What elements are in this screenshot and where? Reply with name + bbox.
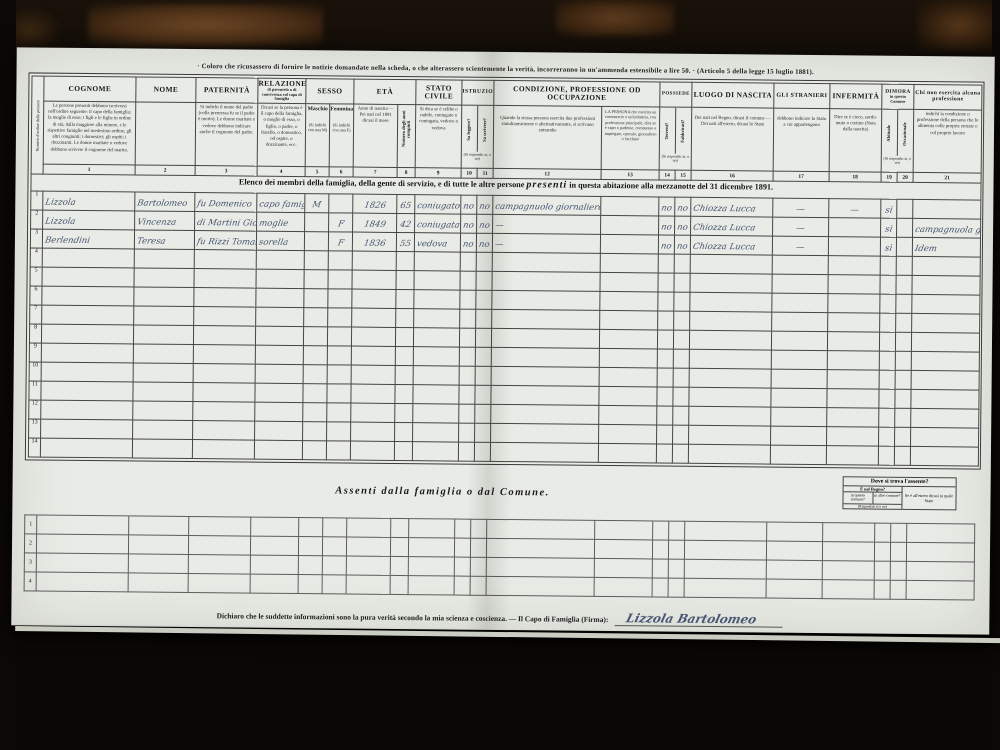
cell-nome <box>128 535 188 555</box>
cell-anno-nascita <box>351 346 395 365</box>
cell-cognome <box>37 515 129 535</box>
cell-anno-nascita <box>352 270 396 289</box>
cell-femmina <box>322 556 346 575</box>
cell-anno-nascita <box>352 251 396 270</box>
cell-stranieri <box>767 522 823 542</box>
cell-stato-civile <box>414 252 460 271</box>
colnum-19: 19 <box>881 172 897 182</box>
cell-nome: Vincenza <box>135 211 195 231</box>
cell-anno-nascita <box>351 403 395 422</box>
cell-professione <box>486 538 594 558</box>
cell-femmina <box>328 270 352 289</box>
absent-title: Assenti dalla famiglia o dal Comune. <box>25 482 861 501</box>
col-infermita: INFERMITÀ <box>830 84 882 109</box>
cell-stato-civile <box>414 271 460 290</box>
cell-dimora-abituale <box>879 427 895 446</box>
cell-possiede-fabbricati: no <box>675 216 691 235</box>
cell-possiede-fabbricati <box>669 521 685 540</box>
cell-stato-civile <box>413 385 459 404</box>
cell-dimora-occasionale <box>890 580 906 599</box>
cell-professione <box>491 366 599 386</box>
cell-la-persona <box>599 367 657 387</box>
colnum-4: 4 <box>257 166 305 176</box>
cell-cognome <box>42 305 134 325</box>
cell-maschio <box>303 327 327 346</box>
cell-row-number: 9 <box>29 343 41 362</box>
cell-dimora-occasionale <box>895 389 911 408</box>
cell-chi-non-esercita <box>912 313 980 333</box>
cell-professione: — <box>493 214 601 234</box>
cell-row-number: 2 <box>31 210 43 229</box>
cell-femmina <box>329 194 353 213</box>
cell-maschio <box>305 213 329 232</box>
cell-possiede-fabbricati <box>668 559 684 578</box>
cell-la-persona <box>600 234 658 254</box>
cell-luogo-nascita: Chiozza Lucca <box>690 235 772 255</box>
cell-dimora-occasionale <box>896 256 912 275</box>
cell-dimora-occasionale <box>897 199 913 218</box>
cell-stranieri <box>772 255 828 275</box>
cell-anni-compiuti <box>394 441 412 460</box>
cell-dimora-abituale <box>874 561 890 580</box>
cell-anno-nascita <box>346 537 390 556</box>
cell-professione <box>491 404 599 424</box>
cell-femmina <box>328 251 352 270</box>
cell-dimora-abituale <box>880 313 896 332</box>
cell-nome <box>133 344 193 364</box>
cell-la-persona <box>594 577 652 597</box>
cell-luogo-nascita: Chiozza Lucca <box>691 197 773 217</box>
cell-stato-civile <box>413 328 459 347</box>
cell-cognome: Berlendini <box>42 229 134 249</box>
cell-femmina <box>326 441 350 460</box>
cell-possiede-fabbricati: no <box>674 235 690 254</box>
cell-cognome <box>41 362 133 382</box>
declaration-text: Dichiaro che le suddette informazioni so… <box>217 611 609 624</box>
cell-nome <box>134 306 194 326</box>
cell-sa-scrivere <box>476 290 492 309</box>
cell-maschio <box>298 537 322 556</box>
cell-stranieri <box>772 293 828 313</box>
cell-chi-non-esercita <box>906 542 974 562</box>
cell-maschio <box>303 365 327 384</box>
cell-dimora-abituale <box>879 332 895 351</box>
cell-cognome <box>42 248 134 268</box>
cell-la-persona <box>599 329 657 349</box>
cell-infermita: — <box>829 199 881 218</box>
cell-sa-scrivere <box>475 328 491 347</box>
cell-chi-non-esercita <box>912 294 980 314</box>
cell-relazione <box>256 288 304 307</box>
cell-femmina <box>328 308 352 327</box>
census-table-frame: Numero d'ordine delle persone COGNOME NO… <box>25 72 985 469</box>
note-nome <box>135 102 196 166</box>
cell-possiede-fabbricati: no <box>675 197 691 216</box>
cell-anni-compiuti <box>395 384 413 403</box>
cell-professione <box>492 309 600 329</box>
cell-nome <box>128 554 188 574</box>
cell-maschio <box>298 575 322 594</box>
census-entries: 1 Lizzola Bartolomeo fu Domenico capo fa… <box>28 191 981 466</box>
cell-possiede-fabbricati <box>674 273 690 292</box>
cell-relazione <box>250 555 298 574</box>
cell-la-persona <box>599 386 657 406</box>
cell-anno-nascita <box>347 518 391 537</box>
cell-row-number: 13 <box>29 419 41 438</box>
cell-dimora-occasionale <box>891 523 907 542</box>
cell-stato-civile <box>413 366 459 385</box>
cell-anno-nascita <box>351 384 395 403</box>
cell-possiede-fabbricati <box>673 330 689 349</box>
cell-sa-scrivere <box>475 385 491 404</box>
cell-possiede-terreni <box>657 330 673 349</box>
cell-luogo-nascita <box>690 292 772 312</box>
cell-professione <box>491 423 599 443</box>
cell-anni-compiuti: 55 <box>396 232 414 251</box>
note-anno-nascita: Anno di nascita — Pei nati nel 1891 dica… <box>353 104 398 167</box>
note-istruzione: Sa leggere?Sa scrivere? (Si risponda: sì… <box>461 105 494 168</box>
cell-luogo-nascita <box>688 444 770 464</box>
cell-femmina <box>323 518 347 537</box>
cell-possiede-fabbricati <box>674 311 690 330</box>
colnum-5: 5 <box>305 167 329 177</box>
cell-relazione <box>256 307 304 326</box>
cell-anno-nascita <box>351 327 395 346</box>
cell-possiede-terreni <box>652 540 668 559</box>
note-anni-compiuti: Numero degli anni compiuti <box>397 104 416 167</box>
cell-possiede-fabbricati <box>673 368 689 387</box>
cell-nome <box>133 382 193 402</box>
cell-dimora-abituale <box>880 294 896 313</box>
cell-row-number: 11 <box>29 381 41 400</box>
cell-chi-non-esercita <box>911 427 979 447</box>
whereabouts-this-comune: in questo comune? <box>843 492 872 503</box>
cell-la-persona <box>601 215 659 235</box>
cell-femmina <box>327 327 351 346</box>
cell-maschio <box>299 518 323 537</box>
cell-row-number: 3 <box>24 553 36 572</box>
cell-infermita <box>829 218 881 237</box>
cell-stranieri <box>771 369 827 389</box>
col-chi-non-esercita: Chi non esercita alcuna professione <box>914 84 982 110</box>
cell-stato-civile <box>408 576 454 595</box>
cell-infermita <box>822 580 874 599</box>
cell-chi-non-esercita <box>910 446 978 466</box>
cell-sa-leggere <box>460 290 476 309</box>
cell-stato-civile <box>412 442 458 461</box>
wood-grain-patch <box>556 0 674 36</box>
cell-anni-compiuti <box>395 422 413 441</box>
cell-anno-nascita: 1849 <box>353 213 397 232</box>
cell-nome <box>132 439 192 459</box>
cell-possiede-fabbricati <box>673 406 689 425</box>
cell-infermita <box>828 313 880 332</box>
col-condizione: CONDIZIONE, PROFESSIONE OD OCCUPAZIONE <box>494 80 660 107</box>
cell-femmina <box>327 365 351 384</box>
cell-la-persona <box>599 348 657 368</box>
whereabouts-other-comune: in altro comune? <box>872 493 902 504</box>
cell-paternita: fu Rizzi Tomaso <box>194 231 256 251</box>
cell-row-number: 12 <box>29 400 41 419</box>
cell-possiede-fabbricati <box>668 578 684 597</box>
cell-sa-leggere <box>454 538 470 557</box>
cell-dimora-abituale <box>880 275 896 294</box>
cell-luogo-nascita <box>684 540 766 560</box>
col-dimora: DIMORAin questo Comune <box>882 84 914 109</box>
cell-sa-scrivere: no <box>477 214 493 233</box>
cell-stato-civile <box>409 519 455 538</box>
cell-row-number: 10 <box>29 362 41 381</box>
cell-stranieri <box>766 541 822 561</box>
cell-femmina: F <box>329 213 353 232</box>
cell-femmina <box>322 575 346 594</box>
cell-stato-civile <box>413 423 459 442</box>
census-sheet: · Coloro che ricusassero di fornire le n… <box>11 47 995 634</box>
cell-relazione <box>255 383 303 402</box>
cell-cognome <box>42 286 134 306</box>
note-stranieri: debbono indicare lo Stato a cui apparten… <box>773 108 830 172</box>
cell-la-persona <box>600 310 658 330</box>
cell-stranieri: — <box>772 236 828 256</box>
absent-section-header: Assenti dalla famiglia o dal Comune. Dov… <box>24 466 980 523</box>
cell-femmina: F <box>328 232 352 251</box>
cell-anni-compiuti <box>396 308 414 327</box>
col-index-label: Numero d'ordine delle persone <box>35 80 41 170</box>
cell-infermita <box>827 370 879 389</box>
cell-possiede-fabbricati <box>672 444 688 463</box>
cell-relazione: moglie <box>257 212 305 231</box>
colnum-17: 17 <box>773 171 829 182</box>
cell-dimora-abituale <box>879 370 895 389</box>
cell-paternita <box>193 364 255 384</box>
colnum-13: 13 <box>601 169 659 180</box>
col-possiede: POSSIEDE <box>660 82 692 107</box>
cell-dimora-occasionale <box>895 408 911 427</box>
cell-possiede-terreni <box>657 368 673 387</box>
cell-stato-civile: vedova <box>414 233 460 252</box>
cell-anni-compiuti: 65 <box>397 194 415 213</box>
cell-dimora-abituale <box>879 408 895 427</box>
cell-anni-compiuti <box>396 251 414 270</box>
cell-nome <box>129 516 189 536</box>
cell-anni-compiuti <box>395 403 413 422</box>
cell-possiede-fabbricati <box>673 425 689 444</box>
cell-nome <box>133 401 193 421</box>
cell-dimora-abituale <box>879 351 895 370</box>
cell-cognome <box>36 553 128 573</box>
head-of-family-signature: Lizzola Bartolomeo <box>614 611 786 628</box>
cell-la-persona <box>601 196 659 216</box>
cell-dimora-occasionale <box>894 446 910 465</box>
cell-dimora-occasionale <box>895 427 911 446</box>
cell-stranieri <box>766 579 822 599</box>
cell-professione <box>486 557 594 577</box>
cell-infermita <box>822 542 874 561</box>
cell-sa-leggere <box>459 347 475 366</box>
cell-sa-leggere <box>454 557 470 576</box>
cell-relazione <box>256 269 304 288</box>
cell-sa-leggere: no <box>460 233 476 252</box>
cell-chi-non-esercita <box>913 199 981 219</box>
col-luogo-nascita: LUOGO DI NASCITA <box>692 82 774 108</box>
cell-chi-non-esercita <box>906 580 974 600</box>
cell-stato-civile <box>414 290 460 309</box>
cell-anno-nascita <box>351 422 395 441</box>
photo-of-census-sheet: { "penalty_notice": "· Coloro che ricusa… <box>0 0 1000 750</box>
cell-nome: Bartolomeo <box>135 192 195 212</box>
col-paternita: PATERNITÀ <box>196 78 258 104</box>
census-table: Numero d'ordine delle persone COGNOME NO… <box>28 75 983 466</box>
cell-anni-compiuti: 42 <box>397 213 415 232</box>
cell-infermita <box>828 275 880 294</box>
cell-dimora-abituale <box>874 580 890 599</box>
cell-sa-leggere <box>460 252 476 271</box>
cell-possiede-terreni: no <box>658 235 674 254</box>
cell-professione <box>490 442 598 462</box>
cell-sa-scrivere <box>476 252 492 271</box>
cell-possiede-terreni <box>657 387 673 406</box>
cell-cognome <box>42 267 134 287</box>
cell-stato-civile <box>414 309 460 328</box>
note-luogo-nascita: Dei nati nel Regno, dicasi il comune — D… <box>691 107 774 171</box>
cell-row-number: 7 <box>30 305 42 324</box>
cell-row-number: 2 <box>24 534 36 553</box>
cell-luogo-nascita <box>684 578 766 598</box>
cell-paternita <box>193 421 255 441</box>
cell-relazione <box>255 421 303 440</box>
cell-stato-civile <box>413 404 459 423</box>
cell-dimora-occasionale <box>896 237 912 256</box>
cell-anno-nascita <box>351 365 395 384</box>
cell-femmina <box>322 537 346 556</box>
cell-maschio <box>304 270 328 289</box>
cell-la-persona <box>594 558 652 578</box>
cell-dimora-occasionale <box>890 561 906 580</box>
cell-paternita <box>194 307 256 327</box>
cell-paternita <box>194 250 256 270</box>
cell-sa-leggere <box>460 309 476 328</box>
cell-femmina <box>327 403 351 422</box>
cell-dimora-abituale: sì <box>881 199 897 218</box>
note-infermita: Dire se è cieco, sordo-muto o cretino (N… <box>829 109 882 172</box>
cell-cognome <box>41 381 133 401</box>
cell-sa-leggere <box>455 519 471 538</box>
cell-chi-non-esercita: Idem <box>912 237 980 257</box>
present-emphasis: presenti <box>526 179 567 190</box>
absent-table: 1 2 <box>24 514 976 600</box>
cell-professione <box>487 519 595 539</box>
cell-possiede-terreni <box>652 578 668 597</box>
cell-possiede-terreni <box>657 349 673 368</box>
cell-row-number: 6 <box>30 286 42 305</box>
cell-row-number: 4 <box>24 572 36 591</box>
cell-stranieri <box>771 331 827 351</box>
cell-stato-civile <box>413 347 459 366</box>
cell-stranieri <box>766 560 822 580</box>
note-condizione: Quando la stessa persona esercita due pr… <box>493 105 602 169</box>
cell-professione <box>486 576 594 596</box>
cell-professione: — <box>492 233 600 253</box>
note-maschio: Maschio(Si indichi con una M) <box>305 104 330 167</box>
cell-nome <box>133 363 193 383</box>
col-nome: NOME <box>136 77 196 103</box>
cell-femmina <box>327 384 351 403</box>
cell-infermita <box>827 389 879 408</box>
cell-chi-non-esercita <box>911 389 979 409</box>
cell-maschio <box>304 251 328 270</box>
declaration-line: Dichiaro che le suddette informazioni so… <box>41 606 959 630</box>
cell-professione <box>491 328 599 348</box>
note-chi-non-esercita: indichi la condizione o professione dell… <box>913 109 982 173</box>
col-cognome: COGNOME <box>44 76 136 102</box>
cell-sa-scrivere <box>475 423 491 442</box>
cell-maschio <box>303 422 327 441</box>
cell-dimora-abituale <box>879 389 895 408</box>
cell-relazione <box>255 402 303 421</box>
cell-infermita <box>827 351 879 370</box>
col-relazione: RELAZIONEdi parentela o di convivenza co… <box>258 78 306 103</box>
cell-anni-compiuti <box>396 270 414 289</box>
cell-chi-non-esercita <box>906 561 974 581</box>
cell-dimora-abituale <box>874 542 890 561</box>
cell-luogo-nascita <box>689 368 771 388</box>
cell-chi-non-esercita <box>907 523 975 543</box>
cell-cognome <box>41 343 133 363</box>
cell-sa-leggere: no <box>461 195 477 214</box>
col-index: Numero d'ordine delle persone <box>31 76 44 174</box>
whereabouts-note: (Rispondasi sì o no) <box>843 503 901 509</box>
cell-la-persona <box>600 272 658 292</box>
colnum-21: 21 <box>913 172 981 183</box>
cell-femmina <box>327 422 351 441</box>
cell-sa-scrivere <box>471 519 487 538</box>
cell-la-persona <box>600 291 658 311</box>
cell-cognome: Lizzola <box>43 210 135 230</box>
cell-paternita <box>193 345 255 365</box>
note-la-persona: LA PERSONA che esercita un commercio o u… <box>601 106 660 170</box>
cell-row-number: 5 <box>30 267 42 286</box>
cell-chi-non-esercita <box>911 351 979 371</box>
cell-sa-scrivere <box>470 576 486 595</box>
cell-relazione <box>250 536 298 555</box>
cell-anni-compiuti <box>391 518 409 537</box>
cell-relazione <box>250 574 298 593</box>
cell-la-persona <box>599 424 657 444</box>
whereabouts-regno: È nel Regno? in questo comune? in altro … <box>843 486 902 509</box>
cell-possiede-terreni: no <box>659 216 675 235</box>
cell-anni-compiuti <box>390 575 408 594</box>
cell-sa-scrivere <box>475 366 491 385</box>
cell-dimora-occasionale <box>896 275 912 294</box>
cell-anni-compiuti <box>390 537 408 556</box>
col-istruzione: ISTRUZIONE <box>462 80 494 105</box>
cell-dimora-occasionale <box>895 332 911 351</box>
cell-anno-nascita <box>346 575 390 594</box>
cell-luogo-nascita <box>690 254 772 274</box>
cell-chi-non-esercita <box>912 275 980 295</box>
cell-anno-nascita: 1826 <box>353 194 397 213</box>
whereabouts-box: Dove si trova l'assente? È nel Regno? in… <box>842 476 956 510</box>
cell-nome <box>134 287 194 307</box>
cell-chi-non-esercita <box>911 370 979 390</box>
cell-professione <box>492 271 600 291</box>
cell-nome: Teresa <box>134 230 194 250</box>
cell-sa-leggere <box>459 404 475 423</box>
col-eta: ETÀ <box>354 79 416 105</box>
cell-dimora-occasionale <box>895 370 911 389</box>
cell-stato-civile <box>408 538 454 557</box>
cell-sa-leggere <box>459 385 475 404</box>
